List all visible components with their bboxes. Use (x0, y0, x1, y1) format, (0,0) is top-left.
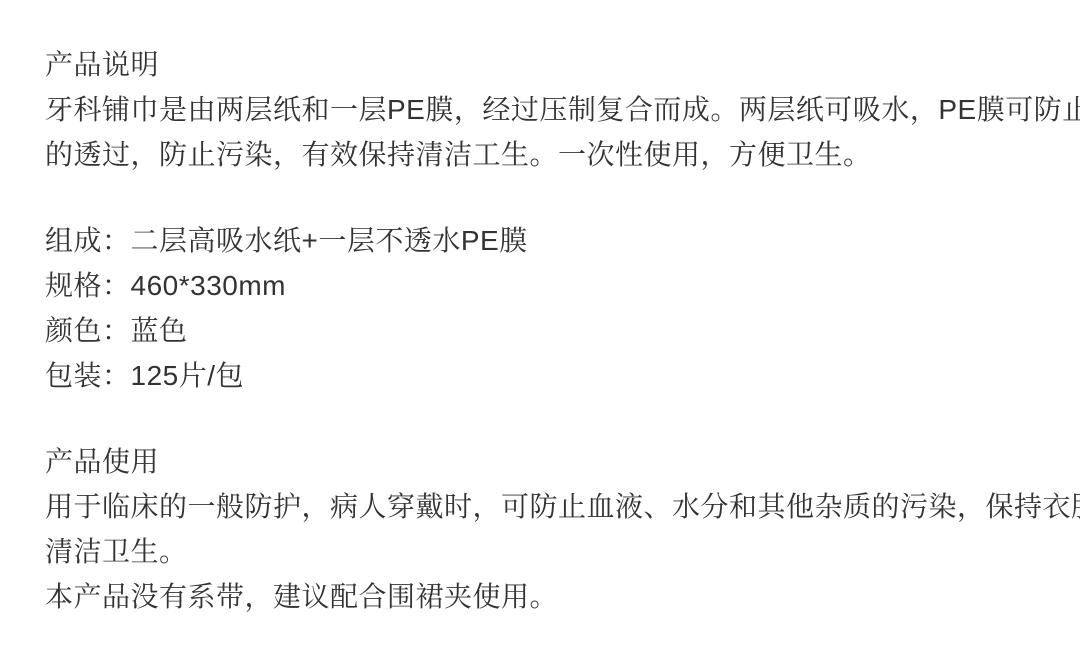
spec-label-composition: 组成： (45, 225, 131, 256)
description-heading: 产品说明 (45, 42, 1040, 87)
description-line-1: 牙科铺巾是由两层纸和一层PE膜，经过压制复合而成。两层纸可吸水，PE膜可防止液体 (45, 87, 1040, 132)
description-line-2: 的透过，防止污染，有效保持清洁工生。一次性使用，方便卫生。 (45, 132, 1040, 177)
usage-line-2: 清洁卫生。 (45, 529, 1040, 574)
product-description-page: 产品说明 牙科铺巾是由两层纸和一层PE膜，经过压制复合而成。两层纸可吸水，PE膜… (0, 0, 1080, 648)
usage-section: 产品使用 用于临床的一般防护，病人穿戴时，可防止血液、水分和其他杂质的污染，保持… (45, 439, 1040, 619)
description-section: 产品说明 牙科铺巾是由两层纸和一层PE膜，经过压制复合而成。两层纸可吸水，PE膜… (45, 42, 1040, 177)
spec-row-composition: 组成：二层高吸水纸+一层不透水PE膜 (45, 218, 1040, 263)
spec-row-packaging: 包装：125片/包 (45, 353, 1040, 398)
usage-heading: 产品使用 (45, 439, 1040, 484)
spec-value-size: 460*330mm (131, 270, 286, 301)
spec-label-color: 颜色： (45, 315, 131, 346)
spec-label-size: 规格： (45, 270, 131, 301)
spec-label-packaging: 包装： (45, 360, 131, 391)
spec-row-size: 规格：460*330mm (45, 263, 1040, 308)
spec-value-composition: 二层高吸水纸+一层不透水PE膜 (131, 225, 528, 256)
spec-value-packaging: 125片/包 (131, 360, 245, 391)
usage-line-1: 用于临床的一般防护，病人穿戴时，可防止血液、水分和其他杂质的污染，保持衣服的 (45, 484, 1040, 529)
specs-section: 组成：二层高吸水纸+一层不透水PE膜 规格：460*330mm 颜色：蓝色 包装… (45, 218, 1040, 398)
spec-value-color: 蓝色 (131, 315, 188, 346)
spec-row-color: 颜色：蓝色 (45, 308, 1040, 353)
usage-line-3: 本产品没有系带，建议配合围裙夹使用。 (45, 574, 1040, 619)
